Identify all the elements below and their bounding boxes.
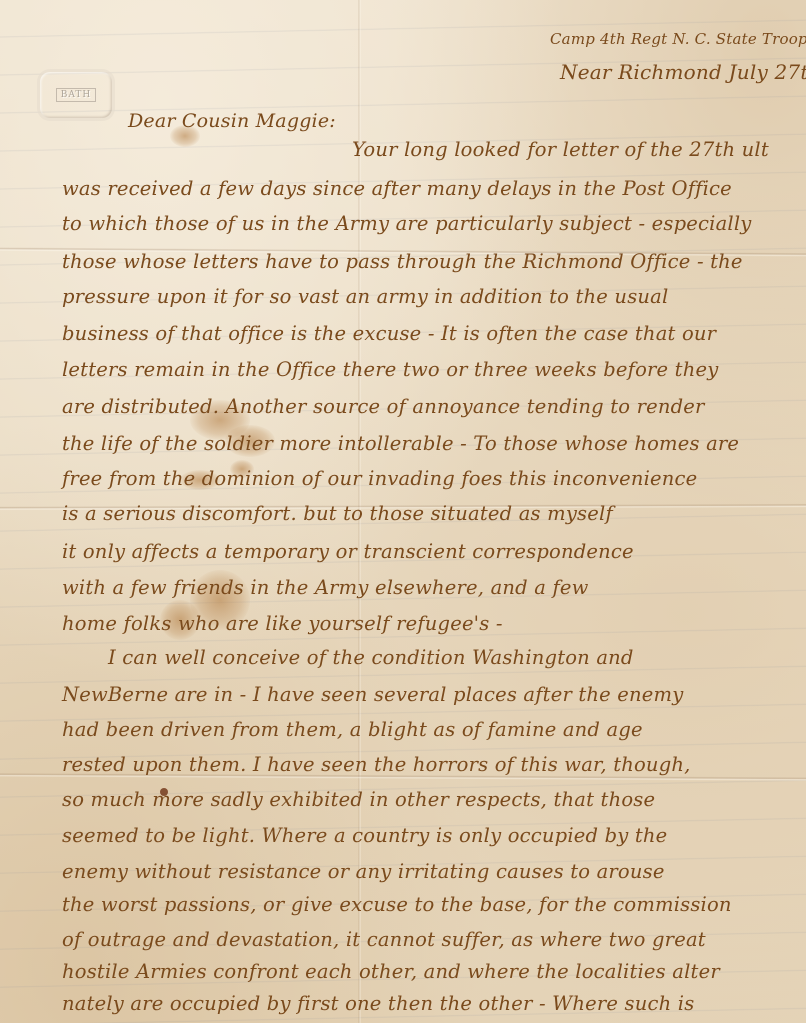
letter-line: seemed to be light. Where a country is o… <box>62 824 667 847</box>
letter-line: NewBerne are in - I have seen several pl… <box>62 683 683 706</box>
letter-line: is a serious discomfort. but to those si… <box>62 502 613 525</box>
salutation: Dear Cousin Maggie: <box>128 110 336 132</box>
letter-line: hostile Armies confront each other, and … <box>62 960 720 983</box>
letter-line: home folks who are like yourself refugee… <box>62 612 503 635</box>
embossed-stamp: BATH <box>40 72 112 118</box>
letter-page: BATH Camp 4th Regt N. C. State Troops Ne… <box>0 0 806 1023</box>
letter-line: the life of the soldier more intollerabl… <box>62 432 739 455</box>
letter-line: Your long looked for letter of the 27th … <box>352 138 769 161</box>
letter-line: nately are occupied by first one then th… <box>62 992 694 1015</box>
letter-header-date: Near Richmond July 27th 62 <box>560 60 806 84</box>
letter-line: was received a few days since after many… <box>62 177 732 200</box>
letter-line: free from the dominion of our invading f… <box>62 467 697 490</box>
letter-line: of outrage and devastation, it cannot su… <box>62 928 706 951</box>
letter-line: are distributed. Another source of annoy… <box>62 395 705 418</box>
letter-header-location: Camp 4th Regt N. C. State Troops <box>550 30 806 48</box>
letter-line: rested upon them. I have seen the horror… <box>62 753 691 776</box>
letter-line: pressure upon it for so vast an army in … <box>62 285 668 308</box>
letter-line: business of that office is the excuse - … <box>62 322 716 345</box>
letter-line: the worst passions, or give excuse to th… <box>62 893 732 916</box>
letter-line: so much more sadly exhibited in other re… <box>62 788 655 811</box>
letter-line: had been driven from them, a blight as o… <box>62 718 643 741</box>
letter-line: enemy without resistance or any irritati… <box>62 860 665 883</box>
letter-line: I can well conceive of the condition Was… <box>108 646 634 669</box>
letter-line: those whose letters have to pass through… <box>62 250 743 273</box>
letter-line: it only affects a temporary or transcien… <box>62 540 634 563</box>
letter-line: letters remain in the Office there two o… <box>62 358 718 381</box>
letter-line: to which those of us in the Army are par… <box>62 212 752 235</box>
letter-line: with a few friends in the Army elsewhere… <box>62 576 589 599</box>
emboss-stamp-label: BATH <box>56 88 96 102</box>
